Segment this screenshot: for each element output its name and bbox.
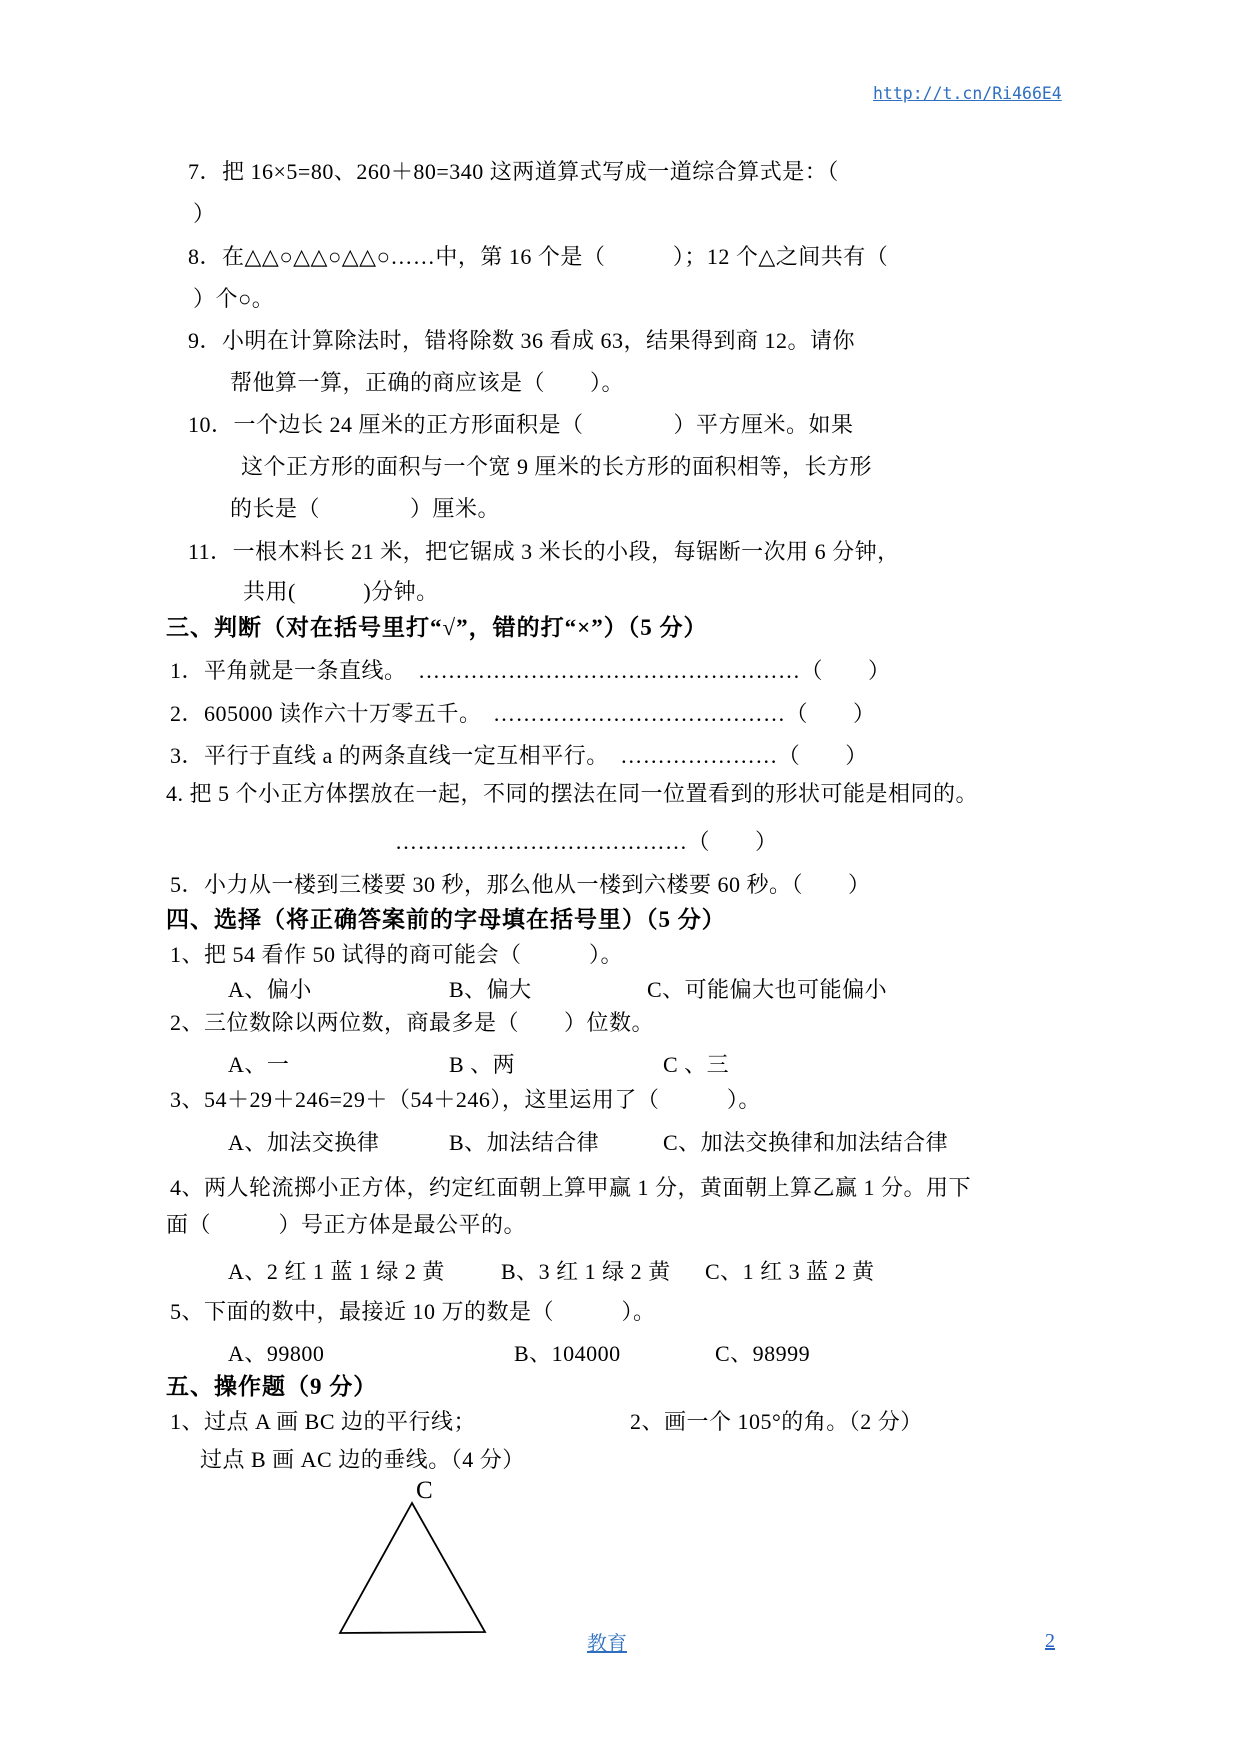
choice-item-4-options: A、2 红 1 蓝 1 绿 2 黄 B、3 红 1 绿 2 黄 C、1 红 3 … (0, 1258, 1100, 1288)
choice-item-3: 3、54＋29＋246=29＋（54＋246），这里运用了（ ）。 (170, 1086, 761, 1114)
choice-item-4-line-2: 面（ ）号正方体是最公平的。 (166, 1211, 526, 1239)
triangle-shape (340, 1503, 485, 1633)
fill-item-10-line-3: 的长是（ ）厘米。 (230, 495, 500, 523)
section-4-choice-heading: 四、选择（将正确答案前的字母填在括号里）（5 分） (166, 906, 726, 934)
fill-item-9-line-2: 帮他算一算，正确的商应该是（ ）。 (230, 369, 624, 397)
choice-2-option-b: B 、两 (449, 1051, 515, 1079)
choice-item-3-options: A、加法交换律 B、加法结合律 C、加法交换律和加法结合律 (0, 1129, 1100, 1159)
exam-document-page: http://t.cn/Ri466E4 7．把 16×5=80、260＋80=3… (0, 0, 1241, 1754)
header-url-link[interactable]: http://t.cn/Ri466E4 (873, 84, 1062, 103)
judge-item-3: 3．平行于直线 a 的两条直线一定互相平行。 …………………（ ） (170, 742, 868, 770)
choice-4-option-c: C、1 红 3 蓝 2 黄 (705, 1258, 875, 1286)
choice-1-option-c: C、可能偏大也可能偏小 (647, 976, 887, 1004)
choice-item-2-options: A、一 B 、两 C 、三 (0, 1051, 1100, 1081)
choice-3-option-a: A、加法交换律 (228, 1129, 379, 1157)
choice-4-option-b: B、3 红 1 绿 2 黄 (501, 1258, 671, 1286)
choice-3-option-b: B、加法结合律 (449, 1129, 599, 1157)
fill-item-11-line-2: 共用( )分钟。 (243, 578, 439, 606)
choice-4-option-a: A、2 红 1 蓝 1 绿 2 黄 (228, 1258, 445, 1286)
operate-item-1-line-1: 1、过点 A 画 BC 边的平行线； 2、画一个 105°的角。（2 分） (0, 1408, 1100, 1438)
choice-2-option-a: A、一 (228, 1051, 289, 1079)
choice-2-option-c: C 、三 (663, 1051, 729, 1079)
choice-item-1: 1、把 54 看作 50 试得的商可能会（ ）。 (170, 941, 623, 969)
fill-item-8-line-1: 8．在△△○△△○△△○……中，第 16 个是（ ）；12 个△之间共有（ (188, 243, 888, 271)
section-3-judge-heading: 三、判断（对在括号里打“√”，错的打“×”）（5 分） (166, 614, 707, 642)
choice-5-option-c: C、98999 (715, 1340, 810, 1368)
choice-item-5-options: A、99800 B、104000 C、98999 (0, 1340, 1100, 1370)
operate-task-1: 1、过点 A 画 BC 边的平行线； (170, 1408, 476, 1436)
choice-5-option-a: A、99800 (228, 1340, 324, 1368)
fill-item-9-line-1: 9．小明在计算除法时，错将除数 36 看成 63，结果得到商 12。请你 (188, 327, 855, 355)
judge-item-2: 2．605000 读作六十万零五千。 …………………………………（ ） (170, 700, 876, 728)
fill-item-7-line-1: 7．把 16×5=80、260＋80=340 这两道算式写成一道综合算式是：（ (188, 158, 839, 186)
choice-3-option-c: C、加法交换律和加法结合律 (663, 1129, 948, 1157)
triangle-figure (333, 1496, 491, 1638)
section-5-operate-heading: 五、操作题（9 分） (166, 1373, 377, 1401)
choice-item-4-line-1: 4、两人轮流掷小正方体，约定红面朝上算甲赢 1 分，黄面朝上算乙赢 1 分。用下 (170, 1174, 971, 1202)
fill-item-11-line-1: 11．一根木料长 21 米，把它锯成 3 米长的小段，每锯断一次用 6 分钟， (188, 538, 900, 566)
choice-1-option-b: B、偏大 (449, 976, 532, 1004)
judge-item-4-line-1: 4. 把 5 个小正方体摆放在一起，不同的摆法在同一位置看到的形状可能是相同的。 (166, 780, 978, 808)
judge-item-5: 5．小力从一楼到三楼要 30 秒，那么他从一楼到六楼要 60 秒。（ ） (170, 871, 871, 899)
choice-item-2: 2、三位数除以两位数，商最多是（ ）位数。 (170, 1009, 654, 1037)
judge-item-4-line-2: …………………………………（ ） (395, 828, 778, 856)
fill-item-7-line-2: ） (193, 200, 216, 228)
choice-item-1-options: A、偏小 B、偏大 C、可能偏大也可能偏小 (0, 976, 1100, 1006)
choice-item-5: 5、下面的数中，最接近 10 万的数是（ ）。 (170, 1298, 656, 1326)
choice-1-option-a: A、偏小 (228, 976, 312, 1004)
footer-page-number[interactable]: 2 (1045, 1630, 1055, 1653)
operate-item-1-line-2: 过点 B 画 AC 边的垂线。（4 分） (200, 1446, 525, 1474)
operate-task-2: 2、画一个 105°的角。（2 分） (630, 1408, 923, 1436)
choice-5-option-b: B、104000 (514, 1340, 621, 1368)
footer-edu-link[interactable]: 教育 (587, 1627, 627, 1656)
fill-item-10-line-2: 这个正方形的面积与一个宽 9 厘米的长方形的面积相等，长方形 (241, 453, 872, 481)
judge-item-1: 1．平角就是一条直线。 ……………………………………………（ ） (170, 657, 891, 685)
fill-item-8-line-2: ）个○。 (193, 285, 274, 313)
fill-item-10-line-1: 10．一个边长 24 厘米的正方形面积是（ ）平方厘米。如果 (188, 411, 854, 439)
